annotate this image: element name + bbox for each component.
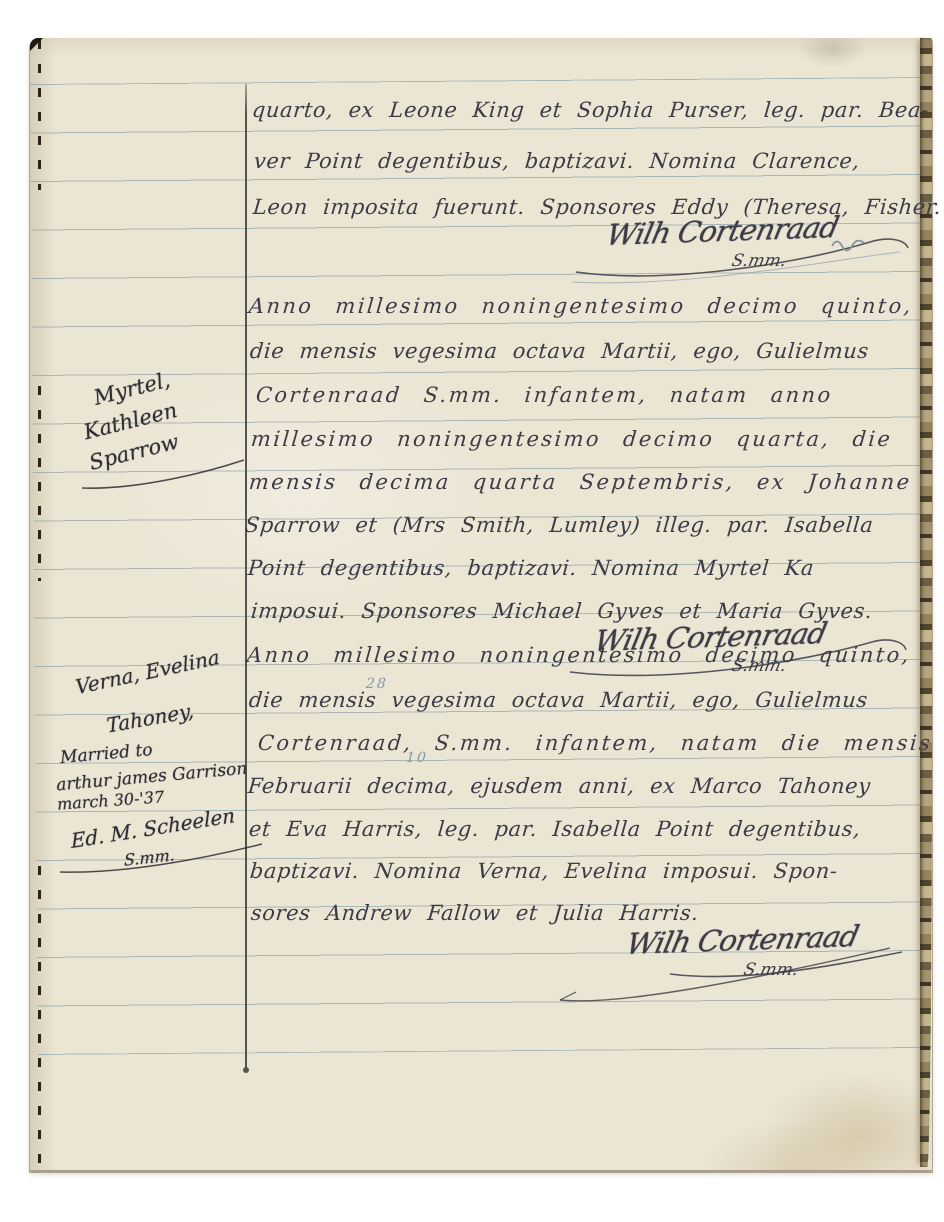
- register-line: Sparrow et (Mrs Smith, Lumley) illeg. pa…: [244, 513, 875, 537]
- priest-signature: Wilh Cortenraad: [623, 919, 861, 961]
- register-line: die mensis vegesima octava Martii, ego, …: [248, 688, 869, 712]
- register-line: Anno millesimo noningentesimo decimo qui…: [248, 294, 914, 318]
- priest-signature-title: S.mm.: [730, 251, 788, 271]
- priest-signature: Wilh Cortenraad: [603, 210, 841, 252]
- margin-note-priest-title: S.mm.: [124, 845, 175, 869]
- binding-stitches: [38, 866, 41, 1166]
- register-line: quarto, ex Leone King et Sophia Purser, …: [251, 98, 930, 122]
- margin-note-marriage: Married to: [59, 740, 153, 768]
- binding-stitches: [38, 40, 41, 190]
- register-line: Cortenraad, S.mm. infantem, natam die me…: [257, 731, 933, 755]
- register-line: Cortenraad S.mm. infantem, natam anno: [255, 383, 834, 407]
- corner-mark: [30, 38, 43, 51]
- margin-note-child-name: Myrtel, Kathleen Sparrow: [65, 365, 188, 480]
- register-line: Anno millesimo noningentesimo decimo qui…: [246, 643, 912, 667]
- register-line: sores Andrew Fallow et Julia Harris.: [250, 901, 700, 925]
- register-line: ver Point degentibus, baptizavi. Nomina …: [253, 149, 861, 173]
- register-line: mensis decima quarta Septembris, ex Joha…: [248, 470, 913, 494]
- register-line: millesimo noningentesimo decimo quarta, …: [250, 427, 893, 451]
- register-line: baptizavi. Nomina Verna, Evelina imposui…: [249, 859, 839, 883]
- register-line: Februarii decima, ejusdem anni, ex Marco…: [247, 774, 872, 798]
- priest-signature-title: S.mm.: [742, 960, 800, 980]
- scanned-register-scan: quarto, ex Leone King et Sophia Purser, …: [0, 0, 944, 1222]
- register-page: quarto, ex Leone King et Sophia Purser, …: [30, 38, 932, 1170]
- register-line: et Eva Harris, leg. par. Isabella Point …: [248, 817, 862, 841]
- date-correction-superscript: 28: [365, 676, 388, 692]
- binding-stitches: [38, 386, 41, 581]
- margin-note-surname: Tahoney,: [105, 698, 195, 737]
- margin-note-child-name: Verna, Evelina: [74, 645, 221, 699]
- ink-squiggle-mark: [830, 236, 868, 252]
- register-line: die mensis vegesima octava Martii, ego, …: [249, 339, 870, 363]
- date-correction-superscript: 10: [405, 750, 428, 766]
- register-line: Point degentibus, baptizavi. Nomina Myrt…: [247, 556, 815, 580]
